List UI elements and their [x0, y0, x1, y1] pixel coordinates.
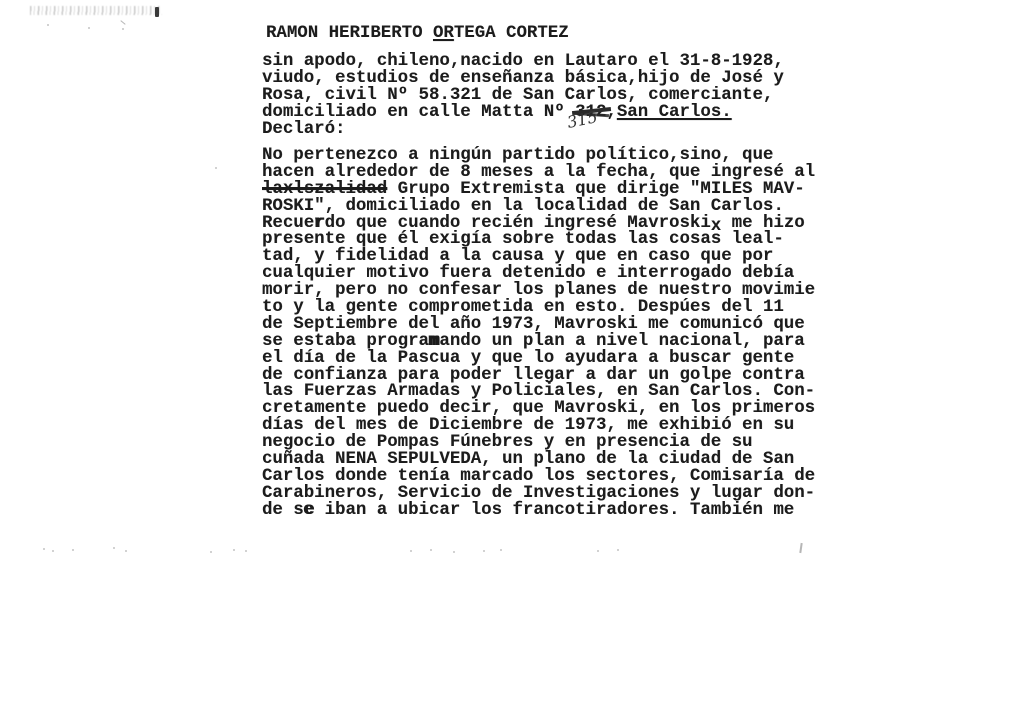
scan-smudge [30, 6, 162, 15]
text-segment: iban a ubicar los francotiradores. Tambi… [314, 501, 794, 520]
document-title-name: RAMON HERIBERTO ORTEGA CORTEZ [266, 26, 569, 43]
scan-speck [410, 550, 412, 552]
scan-speck [233, 549, 235, 551]
scan-speck [113, 547, 115, 549]
scan-speck [88, 27, 90, 29]
scan-speck [125, 550, 127, 552]
text-segment-u: San Carlos. [617, 103, 732, 122]
scan-tick [799, 543, 802, 553]
scan-speck [47, 24, 49, 26]
scan-ink-mark [155, 7, 159, 17]
scan-speck [617, 549, 619, 551]
text-segment-sub: x [711, 219, 721, 236]
text-segment-u: OR [433, 24, 454, 43]
text-segment: Declaró: [262, 120, 346, 139]
scanned-document-page: RAMON HERIBERTO ORTEGA CORTEZ sin apodo,… [0, 0, 1012, 717]
text-segment: TEGA CORTEZ [454, 24, 569, 43]
text-line: Declaró: [262, 122, 784, 139]
text-segment: de s [262, 501, 304, 520]
scan-speck [215, 167, 217, 169]
scan-speck [122, 28, 124, 30]
scan-speck [72, 549, 74, 551]
scan-speck [500, 549, 502, 551]
text-segment: , [606, 103, 616, 122]
scan-speck [245, 550, 247, 552]
scan-speck [453, 551, 455, 553]
scan-speck [52, 550, 54, 552]
scan-speck [430, 549, 432, 551]
scan-speck [210, 551, 212, 553]
intro-paragraph: sin apodo, chileno,nacido en Lautaro el … [262, 54, 784, 138]
text-line: RAMON HERIBERTO ORTEGA CORTEZ [266, 26, 569, 43]
scan-tick [120, 20, 125, 25]
text-segment: RAMON HERIBERTO [266, 24, 433, 43]
scan-speck [43, 548, 45, 550]
scan-speck [483, 550, 485, 552]
text-segment-ink-blot: e [304, 501, 314, 520]
declaration-paragraph: No pertenezco a ningún partido político,… [262, 148, 815, 520]
text-line: de se iban a ubicar los francotiradores.… [262, 503, 815, 520]
scan-speck [597, 550, 599, 552]
